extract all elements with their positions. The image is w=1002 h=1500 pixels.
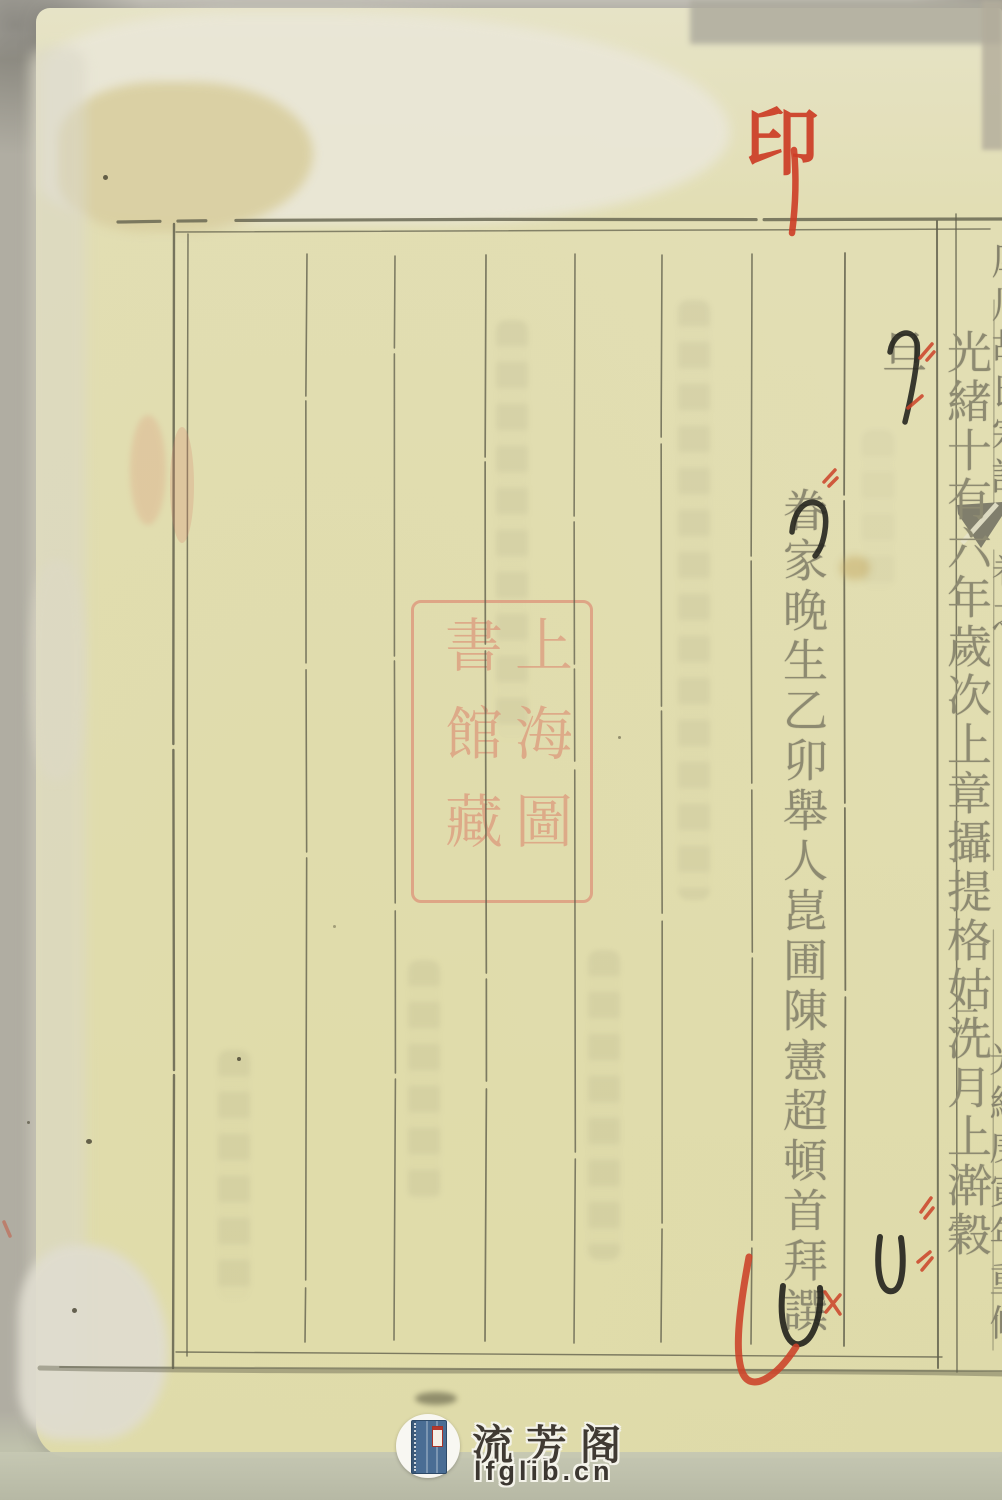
paper-speck [333, 925, 336, 928]
paper-speck [86, 1139, 92, 1144]
paper-speck [237, 1057, 241, 1061]
handwritten-marks [0, 0, 1002, 1500]
red-hook-mark [738, 1257, 796, 1382]
stitched-book-icon [411, 1420, 447, 1474]
scanned-page: 上海圖 書館藏 [0, 0, 1002, 1500]
paper-speck [27, 1121, 30, 1124]
red-smudge-left [130, 415, 194, 543]
paper-speck [618, 736, 621, 739]
watermark: 流芳阁 lfglib.cn [396, 1412, 656, 1488]
watermark-site-url: lfglib.cn [474, 1456, 614, 1487]
dark-smudge [415, 1392, 457, 1405]
book-title-label-icon [432, 1426, 443, 1447]
red-yin-tail [792, 150, 795, 233]
black-hook-marks [782, 333, 918, 1344]
paper-stain [840, 556, 870, 580]
paper-speck [72, 1308, 77, 1313]
paper-speck [103, 175, 108, 180]
watermark-logo-circle [396, 1414, 460, 1478]
book-stitching [414, 1423, 416, 1471]
